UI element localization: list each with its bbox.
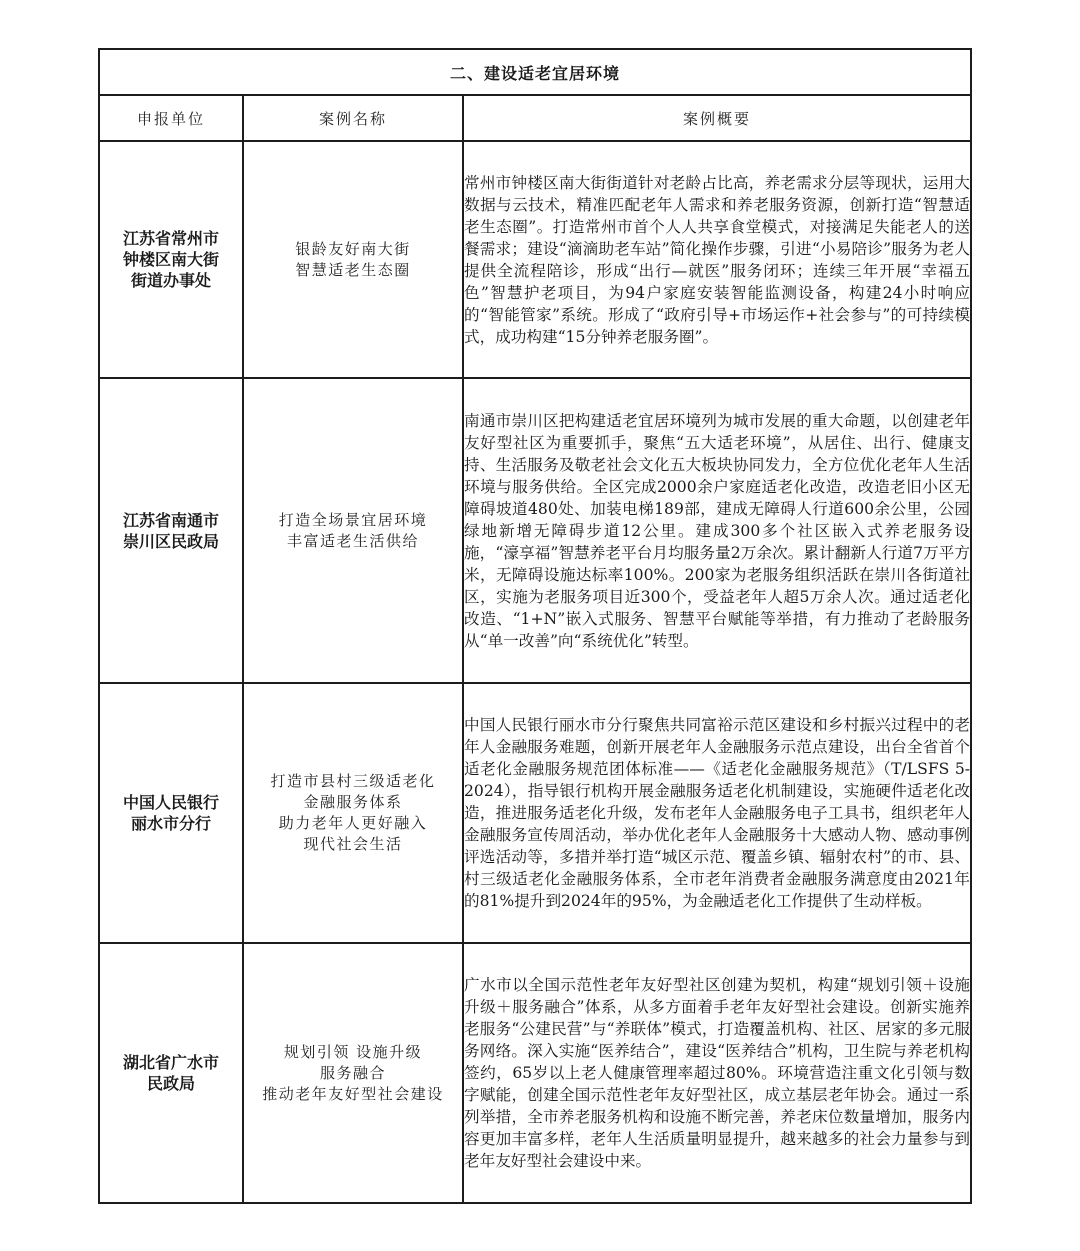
case-name-line: 现代社会生活 [244,834,462,855]
case-name-cell: 规划引领 设施升级 服务融合 推动老年友好型社会建设 [243,943,463,1203]
case-name-line: 智慧适老生态圈 [244,260,462,281]
unit-line: 中国人民银行 [100,792,242,813]
case-name-line: 打造市县村三级适老化 [244,771,462,792]
header-unit: 申报单位 [99,95,243,141]
header-row: 申报单位 案例名称 案例概要 [99,95,971,141]
case-name-line: 规划引领 设施升级 [244,1042,462,1063]
case-name-line: 银龄友好南大街 [244,239,462,260]
section-title-row: 二、建设适老宜居环境 [99,49,971,95]
unit-line: 民政局 [100,1073,242,1094]
unit-cell: 江苏省南通市 崇川区民政局 [99,378,243,683]
case-name-line: 丰富适老生活供给 [244,531,462,552]
case-table: 二、建设适老宜居环境 申报单位 案例名称 案例概要 江苏省常州市 钟楼区南大街 … [98,48,972,1204]
table-row: 江苏省南通市 崇川区民政局 打造全场景宜居环境 丰富适老生活供给 南通市崇川区把… [99,378,971,683]
case-name-cell: 打造市县村三级适老化 金融服务体系 助力老年人更好融入 现代社会生活 [243,683,463,943]
unit-cell: 湖北省广水市 民政局 [99,943,243,1203]
unit-line: 街道办事处 [100,270,242,291]
case-name-line: 推动老年友好型社会建设 [244,1084,462,1105]
unit-cell: 江苏省常州市 钟楼区南大街 街道办事处 [99,141,243,378]
case-name-cell: 打造全场景宜居环境 丰富适老生活供给 [243,378,463,683]
table-row: 中国人民银行 丽水市分行 打造市县村三级适老化 金融服务体系 助力老年人更好融入… [99,683,971,943]
case-name-line: 金融服务体系 [244,792,462,813]
summary-cell: 常州市钟楼区南大街街道针对老龄占比高，养老需求分层等现状，运用大数据与云技术，精… [463,141,971,378]
summary-cell: 广水市以全国示范性老年友好型社区创建为契机，构建“规划引领＋设施升级＋服务融合”… [463,943,971,1203]
summary-cell: 南通市崇川区把构建适老宜居环境列为城市发展的重大命题，以创建老年友好型社区为重要… [463,378,971,683]
header-case-name: 案例名称 [243,95,463,141]
case-name-line: 助力老年人更好融入 [244,813,462,834]
unit-line: 湖北省广水市 [100,1052,242,1073]
header-summary: 案例概要 [463,95,971,141]
unit-line: 江苏省常州市 [100,228,242,249]
summary-cell: 中国人民银行丽水市分行聚焦共同富裕示范区建设和乡村振兴过程中的老年人金融服务难题… [463,683,971,943]
unit-cell: 中国人民银行 丽水市分行 [99,683,243,943]
unit-line: 崇川区民政局 [100,531,242,552]
case-name-line: 服务融合 [244,1063,462,1084]
unit-line: 钟楼区南大街 [100,249,242,270]
unit-line: 丽水市分行 [100,813,242,834]
section-title: 二、建设适老宜居环境 [99,49,971,95]
unit-line: 江苏省南通市 [100,510,242,531]
table-row: 江苏省常州市 钟楼区南大街 街道办事处 银龄友好南大街 智慧适老生态圈 常州市钟… [99,141,971,378]
case-name-line: 打造全场景宜居环境 [244,510,462,531]
case-name-cell: 银龄友好南大街 智慧适老生态圈 [243,141,463,378]
table-row: 湖北省广水市 民政局 规划引领 设施升级 服务融合 推动老年友好型社会建设 广水… [99,943,971,1203]
